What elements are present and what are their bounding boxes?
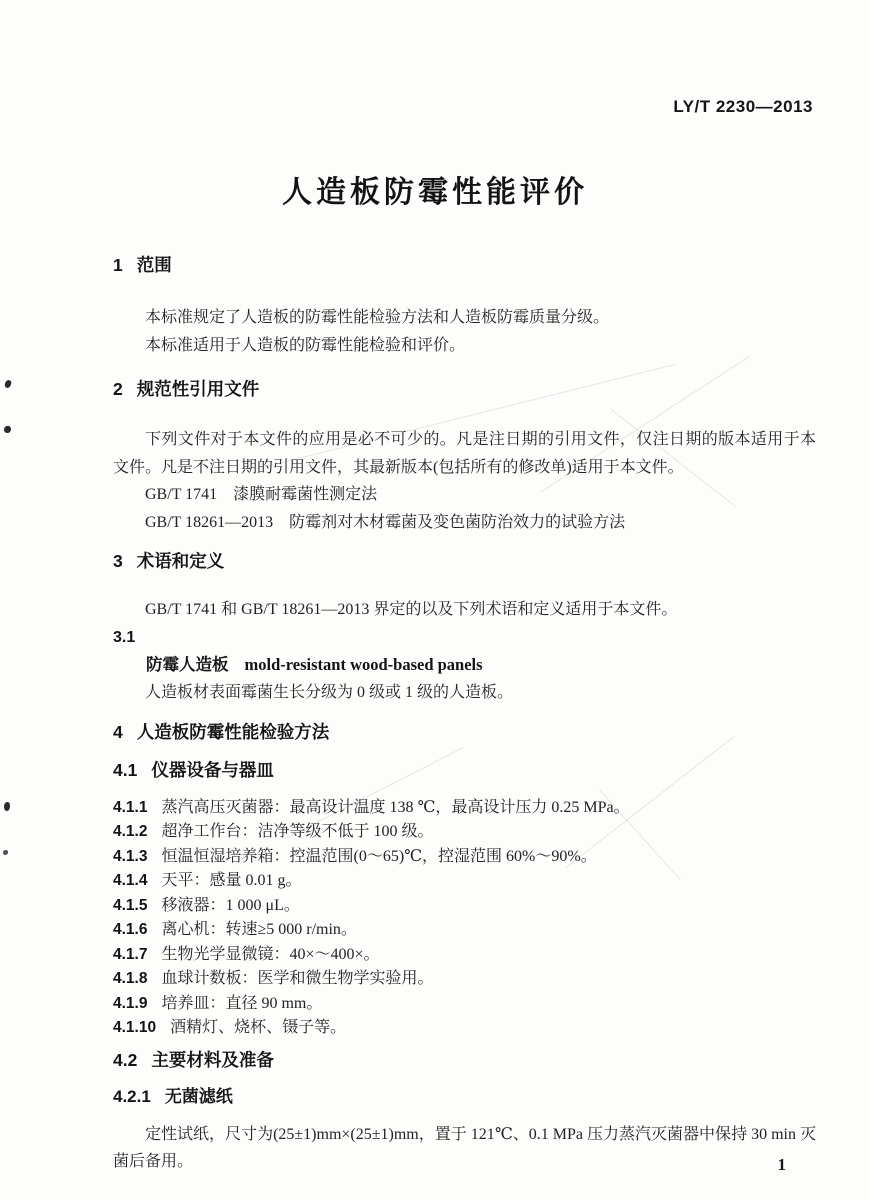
clause-number: 4.1.7 — [113, 946, 147, 963]
scope-paragraph-1: 本标准规定了人造板的防霉性能检验方法和人造板防霉质量分级。 — [113, 304, 816, 332]
equipment-item: 4.1.7生物光学显微镜：40×～400×。 — [113, 943, 816, 968]
clause-text: 酒精灯、烧杯、镊子等。 — [170, 1019, 346, 1036]
equipment-item: 4.1.2超净工作台：洁净等级不低于 100 级。 — [113, 820, 816, 845]
section-title: 无菌滤纸 — [165, 1087, 233, 1106]
clause-text: 蒸汽高压灭菌器：最高设计温度 138 ℃，最高设计压力 0.25 MPa。 — [161, 799, 629, 816]
section-number: 1 — [113, 255, 123, 275]
document-body: 1范围 本标准规定了人造板的防霉性能检验方法和人造板防霉质量分级。 本标准适用于… — [0, 256, 870, 1175]
scan-speck — [3, 850, 8, 855]
clause-text: 移液器：1 000 μL。 — [161, 897, 299, 914]
normative-references-intro: 下列文件对于本文件的应用是必不可少的。凡是注日期的引用文件，仅注日期的版本适用于… — [113, 426, 816, 481]
section-number: 3 — [113, 551, 123, 571]
clause-text: 天平：感量 0.01 g。 — [161, 872, 301, 889]
clause-number: 4.1.3 — [113, 848, 147, 865]
filter-paper-paragraph: 定性试纸，尺寸为(25±1)mm×(25±1)mm，置于 121℃、0.1 MP… — [113, 1121, 816, 1175]
clause-number: 4.1.10 — [113, 1019, 156, 1036]
section-3-heading: 3术语和定义 — [113, 552, 816, 571]
equipment-item: 4.1.3恒温恒湿培养箱：控温范围(0～65)℃，控湿范围 60%～90%。 — [113, 845, 816, 870]
clause-number: 4.1.2 — [113, 823, 147, 840]
section-number: 2 — [113, 379, 123, 399]
section-title: 术语和定义 — [137, 551, 225, 571]
equipment-list: 4.1.1蒸汽高压灭菌器：最高设计温度 138 ℃，最高设计压力 0.25 MP… — [113, 796, 816, 1041]
clause-number: 4.1.1 — [113, 799, 147, 816]
section-number: 4.2 — [113, 1050, 137, 1070]
section-4-heading: 4人造板防霉性能检验方法 — [113, 723, 816, 742]
clause-text: 恒温恒湿培养箱：控温范围(0～65)℃，控湿范围 60%～90%。 — [161, 848, 596, 865]
clause-number: 4.1.8 — [113, 970, 147, 987]
clause-text: 血球计数板：医学和微生物学实验用。 — [161, 970, 433, 987]
equipment-item: 4.1.5移液器：1 000 μL。 — [113, 894, 816, 919]
clause-number: 4.1.9 — [113, 995, 147, 1012]
page-number: 1 — [778, 1155, 787, 1175]
standard-number: LY/T 2230—2013 — [0, 0, 870, 116]
section-title: 仪器设备与器皿 — [151, 760, 274, 780]
section-4-2-1-heading: 4.2.1无菌滤纸 — [113, 1087, 816, 1106]
section-number: 4.2.1 — [113, 1087, 151, 1106]
scan-speck — [4, 802, 10, 811]
section-4-1-heading: 4.1仪器设备与器皿 — [113, 761, 816, 780]
section-1-heading: 1范围 — [113, 256, 816, 275]
clause-number: 4.1.6 — [113, 921, 147, 938]
section-4-2-heading: 4.2主要材料及准备 — [113, 1051, 816, 1070]
equipment-item: 4.1.4天平：感量 0.01 g。 — [113, 869, 816, 894]
equipment-item: 4.1.9培养皿：直径 90 mm。 — [113, 992, 816, 1017]
section-title: 范围 — [137, 255, 172, 275]
section-title: 主要材料及准备 — [151, 1050, 274, 1070]
section-number: 4 — [113, 722, 123, 742]
reference-item: GB/T 18261—2013 防霉剂对木材霉菌及变色菌防治效力的试验方法 — [113, 509, 816, 537]
section-title: 规范性引用文件 — [137, 379, 260, 399]
clause-3-1-number: 3.1 — [113, 624, 816, 651]
clause-number: 4.1.5 — [113, 897, 147, 914]
section-title: 人造板防霉性能检验方法 — [137, 722, 330, 742]
document-title: 人造板防霉性能评价 — [0, 176, 870, 209]
reference-item: GB/T 1741 漆膜耐霉菌性测定法 — [113, 481, 816, 509]
terms-intro-paragraph: GB/T 1741 和 GB/T 18261—2013 界定的以及下列术语和定义… — [113, 596, 816, 624]
clause-text: 生物光学显微镜：40×～400×。 — [161, 946, 379, 963]
scope-paragraph-2: 本标准适用于人造板的防霉性能检验和评价。 — [113, 332, 816, 360]
equipment-item: 4.1.8血球计数板：医学和微生物学实验用。 — [113, 967, 816, 992]
clause-text: 离心机：转速≥5 000 r/min。 — [161, 921, 356, 938]
equipment-item: 4.1.10酒精灯、烧杯、镊子等。 — [113, 1016, 816, 1041]
term-definition: 人造板材表面霉菌生长分级为 0 级或 1 级的人造板。 — [113, 679, 816, 706]
term-chinese: 防霉人造板 — [146, 656, 229, 674]
clause-number: 4.1.4 — [113, 872, 147, 889]
section-2-heading: 2规范性引用文件 — [113, 380, 816, 399]
equipment-item: 4.1.6离心机：转速≥5 000 r/min。 — [113, 918, 816, 943]
term-entry: 防霉人造板mold-resistant wood-based panels — [113, 651, 816, 679]
section-number: 4.1 — [113, 760, 137, 780]
equipment-item: 4.1.1蒸汽高压灭菌器：最高设计温度 138 ℃，最高设计压力 0.25 MP… — [113, 796, 816, 821]
scanned-document-page: LY/T 2230—2013 人造板防霉性能评价 1范围 本标准规定了人造板的防… — [0, 0, 870, 1200]
clause-text: 培养皿：直径 90 mm。 — [161, 995, 322, 1012]
term-english: mold-resistant wood-based panels — [245, 655, 483, 674]
